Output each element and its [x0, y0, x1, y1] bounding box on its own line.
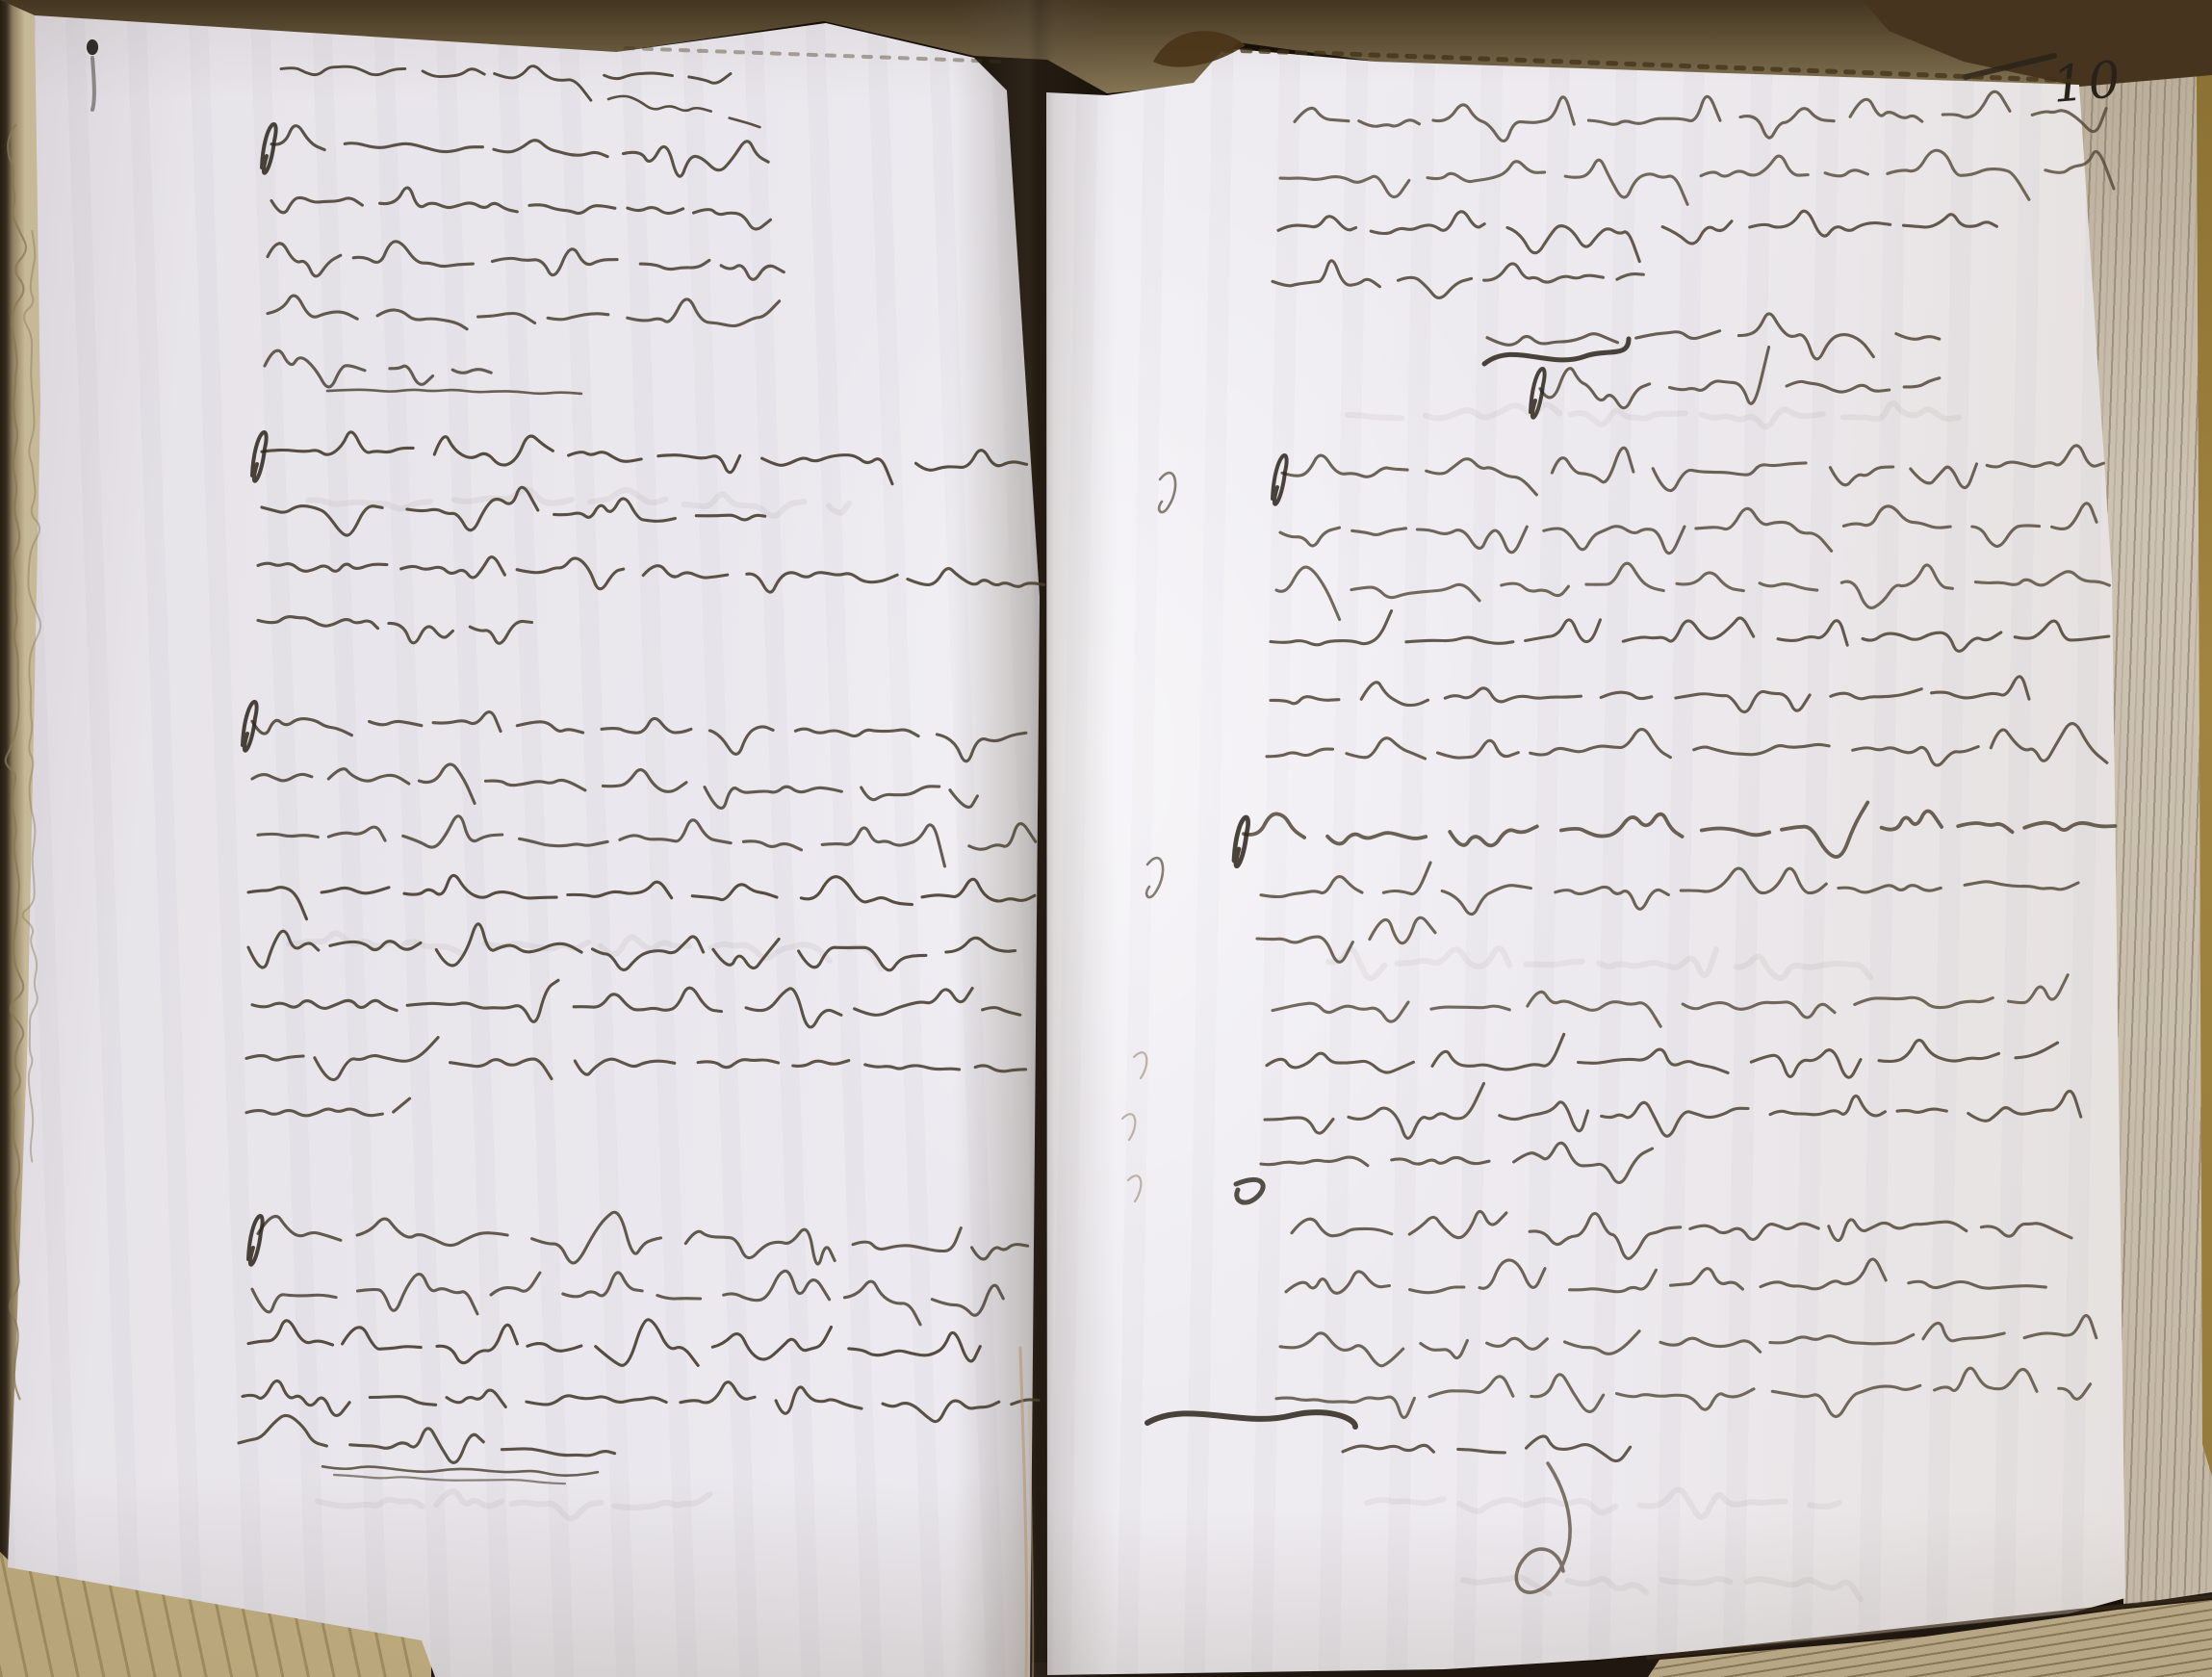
manuscript-photo: 10 [0, 0, 2212, 1677]
gutter-shadow [953, 0, 1117, 1677]
